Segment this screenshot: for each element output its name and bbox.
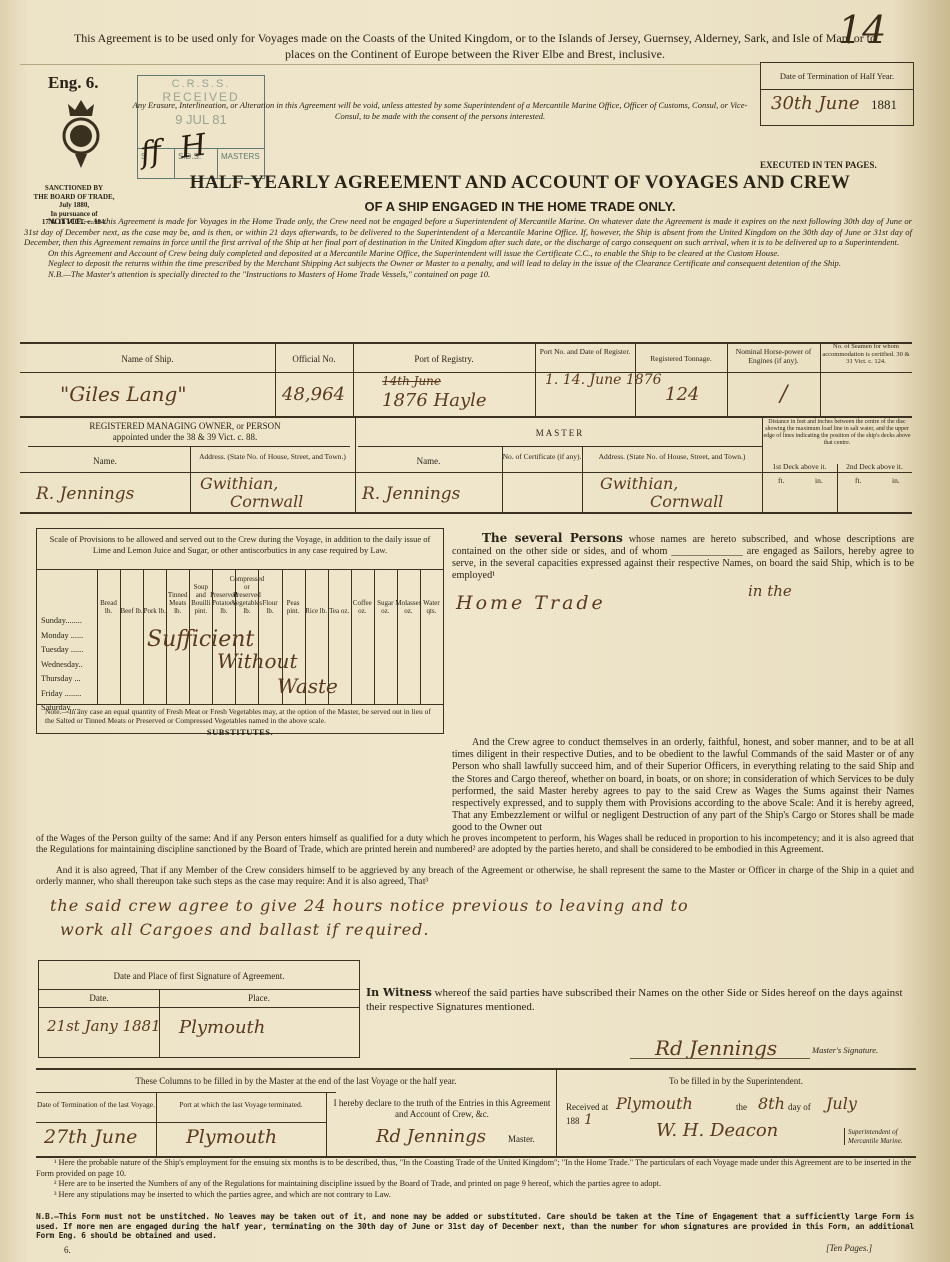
provision-column-header: Sugar oz. <box>374 573 397 615</box>
substitutes-heading: SUBSTITUTES. <box>37 727 443 737</box>
first-signature-title: Date and Place of first Signature of Agr… <box>39 971 359 982</box>
last-voyage-port: Plymouth <box>186 1126 277 1148</box>
col-header-termination-date: Date of Termination of the last Voyage. <box>36 1100 156 1109</box>
last-voyage-date: 27th June <box>44 1126 137 1148</box>
provision-column-header: Water qts. <box>420 573 443 615</box>
persons-paragraph: The several Persons whose names are here… <box>452 532 914 582</box>
restriction-notice: This Agreement is to be used only for Vo… <box>60 30 890 62</box>
crew-agree-paragraph: of the Wages of the Person guilty of the… <box>36 834 914 856</box>
provision-column-header: Tea oz. <box>328 573 351 615</box>
unit-in: in. <box>815 476 823 485</box>
unit-ft: ft. <box>855 476 861 485</box>
ship-name-value: "Giles Lang" <box>60 382 187 406</box>
col-header-1st-deck: 1st Deck above it. <box>762 462 837 471</box>
declaration-signature: Rd Jennings <box>376 1126 486 1147</box>
ship-details-table: Name of Ship. Official No. Port of Regis… <box>20 342 912 416</box>
col-header-master-address: Address. (State No. of House, Street, an… <box>582 452 762 461</box>
port-registry-value: 1876 Hayle <box>382 390 487 411</box>
termination-box: Date of Termination of Half Year. 30th J… <box>760 62 914 126</box>
handwritten-stipulation: work all Cargoes and ballast if required… <box>60 920 430 939</box>
page-title: HALF-YEARLY AGREEMENT AND ACCOUNT OF VOY… <box>140 172 900 194</box>
footnote: ² Here are to be inserted the Numbers of… <box>36 1179 914 1190</box>
witness-text: whereof the said parties have subscribed… <box>366 987 903 1013</box>
note-text: Note.—In any case an equal quantity of F… <box>45 707 431 725</box>
sanction-line: THE BOARD OF TRADE, <box>18 193 130 202</box>
tonnage-value: 124 <box>665 384 699 405</box>
provision-column-header: Compressed or Preserved Vegetables lb. <box>235 573 258 615</box>
handwritten-stipulation: the said crew agree to give 24 hours not… <box>50 896 689 915</box>
handwritten-provisions: Without <box>217 649 297 673</box>
col-header-owner-address: Address. (State No. of House, Street, an… <box>190 452 355 461</box>
provisions-title: Scale of Provisions to be allowed and se… <box>45 534 435 555</box>
provision-column-header: Beef lb. <box>120 573 143 615</box>
termination-label: Date of Termination of Half Year. <box>761 71 913 81</box>
persons-lead: The several Persons <box>482 531 623 545</box>
witness-paragraph: In Witness whereof the said parties have… <box>366 986 916 1014</box>
erasure-notice: Any Erasure, Interlineation, or Alterati… <box>130 100 750 122</box>
received-at-value: Plymouth <box>616 1094 693 1113</box>
col-header-ship-name: Name of Ship. <box>20 354 275 365</box>
provision-column-header: Peas pint. <box>282 573 305 615</box>
col-header-2nd-deck: 2nd Deck above it. <box>837 462 912 471</box>
notice-paragraph: N.B.—The Master's attention is specially… <box>24 269 912 280</box>
termination-date: 30th June <box>771 93 860 114</box>
day-label: Wednesday.. <box>41 658 99 673</box>
col-header-master-name: Name. <box>355 456 502 467</box>
footnote: ³ Here any stipulations may be inserted … <box>36 1190 914 1201</box>
first-signature-place: Plymouth <box>179 1017 265 1038</box>
superintendent-signature: W. H. Deacon <box>656 1120 778 1141</box>
provision-column-header: Coffee oz. <box>351 573 374 615</box>
port-no-value: 1. 14. June 1876 <box>545 372 662 388</box>
provision-column-header: Tinned Meats lb. <box>166 573 189 615</box>
first-signature-box: Date and Place of first Signature of Agr… <box>38 960 360 1058</box>
page-subtitle: OF A SHIP ENGAGED IN THE HOME TRADE ONLY… <box>140 199 900 214</box>
master-signature: Rd Jennings <box>655 1036 777 1060</box>
sanction-line: July 1880, <box>18 201 130 210</box>
provision-column-header: Molasses oz. <box>397 573 420 615</box>
divider <box>20 64 760 65</box>
end-of-voyage-table: These Columns to be filled in by the Mas… <box>36 1068 916 1156</box>
date-label: Date. <box>39 993 159 1004</box>
col-header-certificate: No. of Certificate (if any). <box>502 452 582 461</box>
notice-paragraph: As this Agreement is made for Voyages in… <box>24 216 912 247</box>
notice-lead: NOTICE.— <box>48 216 93 226</box>
horsepower-value: / <box>780 382 787 407</box>
place-label: Place. <box>159 993 359 1004</box>
unit-in: in. <box>892 476 900 485</box>
col-header-seamen: No. of Seamen for whom accommodation is … <box>820 343 912 366</box>
provision-column-header: Pork lb. <box>143 573 166 615</box>
official-no-value: 48,964 <box>282 384 345 405</box>
pages-count: [Ten Pages.] <box>826 1243 872 1254</box>
received-year: 1 <box>584 1112 593 1128</box>
superintendent-label: Superintendent of Mercantile Marine. <box>844 1128 920 1145</box>
footer-nb: N.B.—This Form must not be unstitched. N… <box>36 1212 914 1241</box>
handwritten-provisions: Waste <box>277 674 338 698</box>
provision-column-header: Soup and Bouilli pint. <box>189 573 212 615</box>
day-label: Friday ........ <box>41 687 99 702</box>
deck-section-title: Distance in feet and inches between the … <box>762 419 912 447</box>
provisions-scale: Scale of Provisions to be allowed and se… <box>36 528 444 734</box>
the-label: the <box>736 1102 747 1113</box>
master-signature-label: Master's Signature. <box>812 1045 878 1055</box>
year-prefix: 188 <box>566 1116 580 1127</box>
superintendent-title: To be filled in by the Superintendent. <box>556 1076 916 1087</box>
master-section-title: MASTER <box>360 428 760 439</box>
received-month: July <box>826 1094 857 1113</box>
handwritten-employment: in the <box>748 582 792 600</box>
master-address-line: Cornwall <box>650 492 723 511</box>
first-signature-date: 21st Jany 1881 <box>47 1017 161 1035</box>
royal-crest-icon <box>60 98 102 173</box>
owner-master-table: REGISTERED MANAGING OWNER, or PERSON app… <box>20 416 912 512</box>
stamp-line: C.R.S.S. <box>138 78 264 90</box>
provision-column-header: Flour lb. <box>258 573 281 615</box>
owner-section-sub: appointed under the 38 & 39 Vict. c. 88. <box>20 432 350 443</box>
owner-address-line: Gwithian, <box>200 474 278 493</box>
col-header-horsepower: Nominal Horse-power of Engines (if any). <box>727 347 820 365</box>
corner-mark: 14 <box>838 8 886 52</box>
notice-block: NOTICE.—As this Agreement is made for Vo… <box>24 216 912 280</box>
witness-lead: In Witness <box>366 986 432 999</box>
received-day: 8th <box>758 1094 785 1113</box>
declaration-text: I hereby declare to the truth of the Ent… <box>328 1098 556 1120</box>
master-columns-title: These Columns to be filled in by the Mas… <box>36 1076 556 1087</box>
col-header-termination-port: Port at which the last Voyage terminated… <box>156 1100 326 1109</box>
divider <box>761 89 913 90</box>
divider <box>20 512 912 514</box>
day-label: Tuesday ...... <box>41 643 99 658</box>
executed-pages: EXECUTED IN TEN PAGES. <box>760 160 877 170</box>
termination-year: 1881 <box>871 97 897 113</box>
footnote: ¹ Here the probable nature of the Ship's… <box>36 1158 914 1179</box>
provision-column-header: Bread lb. <box>97 573 120 615</box>
crew-agree-paragraph: And it is also agreed, That if any Membe… <box>36 866 914 888</box>
provisions-note: Note.—In any case an equal quantity of F… <box>45 707 435 725</box>
col-header-official-no: Official No. <box>275 354 353 365</box>
crew-agree-paragraph: And the Crew agree to conduct themselves… <box>452 737 914 835</box>
owner-address-line: Cornwall <box>230 492 303 511</box>
master-address-line: Gwithian, <box>600 474 678 493</box>
day-list: Sunday........ Monday ...... Tuesday ...… <box>41 614 99 716</box>
port-struck-value: 14th June <box>382 374 441 388</box>
col-header-tonnage: Registered Tonnage. <box>635 354 727 363</box>
handwritten-employment: Home Trade <box>456 592 606 614</box>
form-code: Eng. 6. <box>48 73 99 93</box>
owner-name-value: R. Jennings <box>36 484 134 504</box>
master-label: Master. <box>508 1134 535 1145</box>
unit-ft: ft. <box>778 476 784 485</box>
notice-paragraph: Neglect to deposit the returns within th… <box>24 258 912 269</box>
col-header-port-registry: Port of Registry. <box>353 354 535 365</box>
col-header-owner-name: Name. <box>20 456 190 467</box>
signature-line <box>630 1058 810 1059</box>
sanction-line: SANCTIONED BY <box>18 184 130 193</box>
provision-column-header: Rice lb. <box>305 573 328 615</box>
day-of-label: day of <box>788 1102 811 1113</box>
day-label: Monday ...... <box>41 629 99 644</box>
day-label: Sunday........ <box>41 614 99 629</box>
page-number: 6. <box>64 1245 71 1256</box>
notice-paragraph: On this Agreement and Account of Crew be… <box>24 248 912 259</box>
col-header-port-no: Port No. and Date of Register. <box>535 347 635 356</box>
day-label: Thursday ... <box>41 672 99 687</box>
master-name-value: R. Jennings <box>362 484 460 504</box>
owner-section-title: REGISTERED MANAGING OWNER, or PERSON <box>20 421 350 432</box>
footnotes: ¹ Here the probable nature of the Ship's… <box>36 1158 914 1200</box>
